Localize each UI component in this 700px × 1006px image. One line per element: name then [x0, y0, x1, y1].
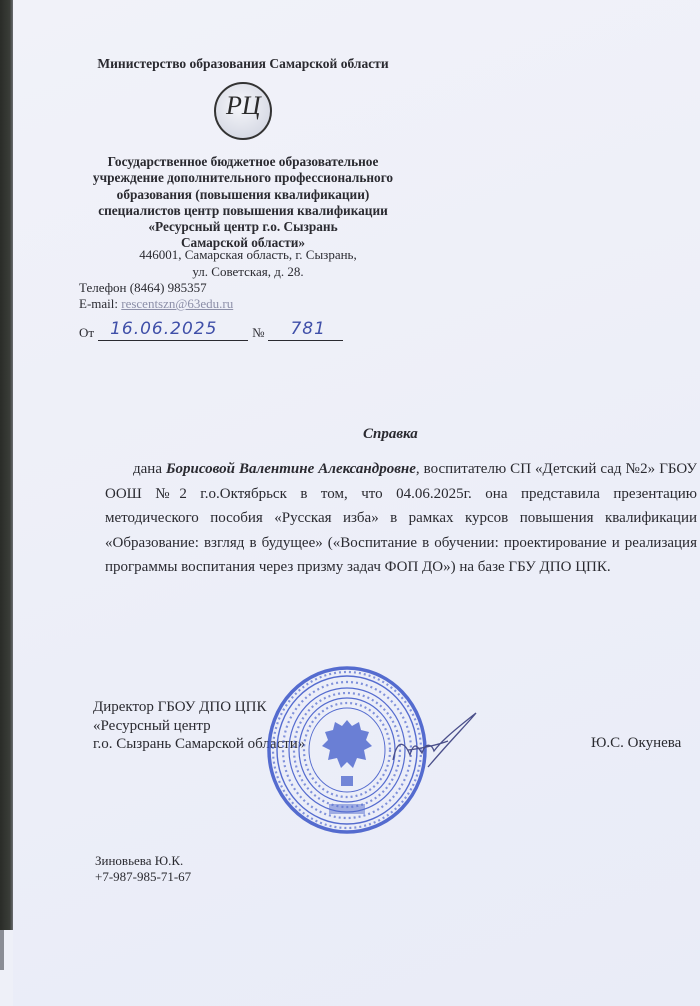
registration-number-field: 781	[268, 320, 343, 341]
registration-number: 781	[290, 319, 325, 339]
document-body: дана Борисовой Валентине Александровне, …	[77, 457, 697, 580]
contacts: Телефон (8464) 985357 E-mail: rescentszn…	[79, 280, 233, 312]
organization-name: Государственное бюджетное образовательно…	[73, 154, 413, 252]
svg-text:РЦ: РЦ	[225, 91, 262, 120]
scan-edge-shadow	[0, 0, 13, 930]
ministry-name: Министерство образования Самарской облас…	[73, 56, 413, 72]
organization-address: 446001, Самарская область, г. Сызрань, у…	[123, 246, 373, 280]
scan-edge-shadow-lower	[0, 930, 4, 970]
letterhead: Министерство образования Самарской облас…	[73, 56, 413, 252]
registration-date-field: 16.06.2025	[98, 320, 248, 341]
executor-phone: +7-987-985-71-67	[95, 869, 191, 885]
organization-logo-icon: РЦ	[212, 80, 274, 142]
number-label: №	[252, 325, 264, 341]
document-title: Справка	[363, 426, 418, 443]
handwritten-signature-icon	[388, 705, 483, 775]
executor: Зиновьева Ю.К. +7-987-985-71-67	[95, 853, 191, 885]
signer-name: Ю.С. Окунева	[591, 735, 681, 752]
email-link[interactable]: rescentszn@63edu.ru	[121, 296, 233, 311]
registration-line: От 16.06.2025 № 781	[79, 320, 343, 341]
phone: Телефон (8464) 985357	[79, 280, 233, 296]
email-line: E-mail: rescentszn@63edu.ru	[79, 296, 233, 312]
executor-name: Зиновьева Ю.К.	[95, 853, 191, 869]
document-page: Министерство образования Самарской облас…	[13, 0, 700, 1006]
from-label: От	[79, 325, 94, 341]
recipient-name: Борисовой Валентине Александровне	[166, 461, 416, 477]
registration-date: 16.06.2025	[110, 319, 217, 339]
